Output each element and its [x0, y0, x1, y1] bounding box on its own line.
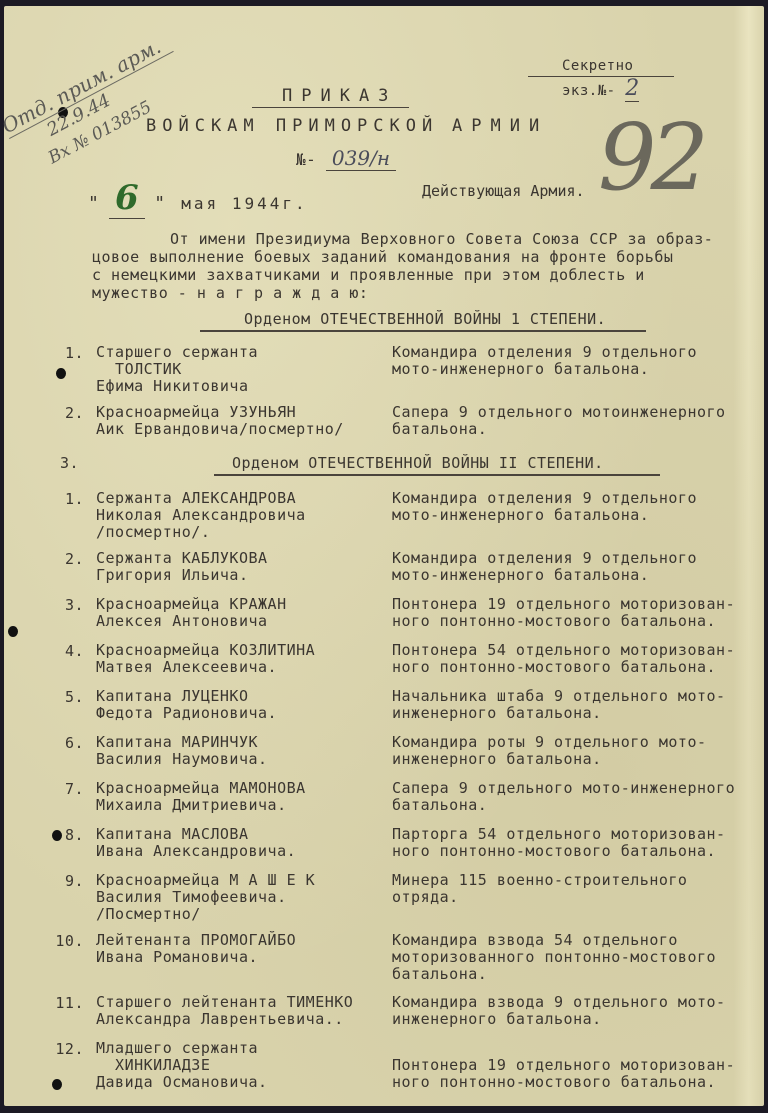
recipient-role-line: Минера 115 военно-строительного [392, 872, 687, 889]
recipient-role-line: мото-инженерного батальона. [392, 567, 697, 584]
recipient-name: Старшего сержанта ТОЛСТИКЕфима Никитович… [96, 344, 258, 395]
recipient-role-line: Понтонера 19 отдельного моторизован- [392, 596, 735, 613]
recipient-role: Командира отделения 9 отдельногомото-инж… [392, 550, 697, 584]
recipient-role-line: мото-инженерного батальона. [392, 361, 697, 378]
recipient-role: Понтонера 19 отдельного моторизован-ного… [392, 596, 735, 630]
entry-number: 1. [44, 490, 84, 508]
recipient-role-line: ного понтонно-мостового батальона. [392, 1074, 735, 1091]
recipient-role-line: Командира роты 9 отдельного мото- [392, 734, 707, 751]
recipient-role-line: ного понтонно-мостового батальона. [392, 659, 735, 676]
recipient-name-line: Красноармейца КОЗЛИТИНА [96, 642, 315, 659]
entry-number: 1. [44, 344, 84, 362]
recipient-role: Парторга 54 отдельного моторизован-ного … [392, 826, 726, 860]
section-number: 3. [60, 454, 79, 472]
date-rest: мая 1944г. [181, 194, 307, 213]
recipient-role-line: Командира отделения 9 отдельного [392, 550, 697, 567]
handwritten-mark: 92 [598, 104, 703, 211]
recipient-role: Начальника штаба 9 отдельного мото-инжен… [392, 688, 726, 722]
entry-number: 12. [44, 1040, 84, 1058]
punch-hole [52, 1079, 62, 1090]
recipient-name-line: Ивана Романовича. [96, 949, 296, 966]
date-close-quote: " [154, 193, 165, 214]
recipient-role-line: инженерного батальона. [392, 705, 726, 722]
entry-number: 6. [44, 734, 84, 752]
recipient-role: Сапера 9 отдельного мото-инженерногобата… [392, 780, 735, 814]
preamble-line: От имени Президиума Верховного Совета Со… [170, 230, 713, 248]
recipient-role-line: моторизованного понтонно-мостового [392, 949, 716, 966]
recipient-name-line: /посмертно/. [96, 524, 306, 541]
entry-number: 9. [44, 872, 84, 890]
recipient-role-line: инженерного батальона. [392, 1011, 726, 1028]
copy-label: экз.№- [562, 83, 616, 99]
place-label: Действующая Армия. [422, 182, 585, 200]
document-title: ПРИКАЗ [252, 86, 409, 108]
recipient-role-line [392, 1040, 735, 1057]
recipient-role-line: ного понтонно-мостового батальона. [392, 613, 735, 630]
entry-number: 5. [44, 688, 84, 706]
recipient-name-line: /Посмертно/ [96, 906, 315, 923]
recipient-name-line: Василия Тимофеевича. [96, 889, 315, 906]
document-page: Отд. прим. арм. 22.9.44 Вх № 013855 Секр… [4, 6, 764, 1106]
recipient-name-line: Старшего лейтенанта ТИМЕНКО [96, 994, 353, 1011]
recipient-name-line: Аик Ервандовича/посмертно/ [96, 421, 344, 438]
recipient-role-line: Парторга 54 отдельного моторизован- [392, 826, 726, 843]
preamble-line: цовое выполнение боевых заданий командов… [92, 248, 673, 266]
recipient-name: Младшего сержанта ХИНКИЛАДЗЕДавида Осман… [96, 1040, 268, 1091]
preamble-line: мужество - н а г р а ж д а ю: [92, 284, 368, 302]
recipient-name-line: Алексея Антоновича [96, 613, 287, 630]
recipient-role-line: батальона. [392, 421, 726, 438]
recipient-role: Командира взвода 9 отдельного мото-инжен… [392, 994, 726, 1028]
punch-hole [56, 368, 66, 379]
recipient-name-line: Красноармейца КРАЖАН [96, 596, 287, 613]
recipient-name-line: Младшего сержанта [96, 1040, 268, 1057]
recipient-role: Понтонера 54 отдельного моторизован-ного… [392, 642, 735, 676]
recipient-name-line: Давида Османовича. [96, 1074, 268, 1091]
order-number-prefix: №- [296, 150, 316, 169]
recipient-name-line: Ивана Александровича. [96, 843, 296, 860]
copy-number: 2 [625, 76, 639, 102]
recipient-name: Красноармейца КОЗЛИТИНАМатвея Алексеевич… [96, 642, 315, 676]
recipient-role-line: ного понтонно-мостового батальона. [392, 843, 726, 860]
preamble-line: с немецкими захватчиками и проявленные п… [92, 266, 645, 284]
entry-number: 10. [44, 932, 84, 950]
entry-number: 4. [44, 642, 84, 660]
recipient-role-line: Командира взвода 9 отдельного мото- [392, 994, 726, 1011]
order-number: 039/н [326, 146, 396, 171]
recipient-name-line: Николая Александровича [96, 507, 306, 524]
recipient-name: Красноармейца МАМОНОВАМихаила Дмитриевич… [96, 780, 306, 814]
recipient-role-line: Командира взвода 54 отдельного [392, 932, 716, 949]
entry-number: 11. [44, 994, 84, 1012]
recipient-name-line: Красноармейца М А Ш Е К [96, 872, 315, 889]
document-subtitle-right: АРМИИ [452, 116, 548, 136]
recipient-role-line: Понтонера 54 отдельного моторизован- [392, 642, 735, 659]
recipient-name-line: Василия Наумовича. [96, 751, 268, 768]
recipient-role: Командира отделения 9 отдельногомото-инж… [392, 490, 697, 524]
date-day: 6 [109, 178, 145, 219]
recipient-name-line: Григория Ильича. [96, 567, 268, 584]
entry-number: 2. [44, 404, 84, 422]
entry-number: 2. [44, 550, 84, 568]
recipient-name-line: ХИНКИЛАДЗЕ [96, 1057, 268, 1074]
recipient-name: Красноармейца М А Ш Е КВасилия Тимофееви… [96, 872, 315, 923]
recipient-name: Красноармейца КРАЖАНАлексея Антоновича [96, 596, 287, 630]
recipient-role: Командира взвода 54 отдельногомоторизова… [392, 932, 716, 983]
section-title-order-2nd-class: Орденом ОТЕЧЕСТВЕННОЙ ВОЙНЫ II СТЕПЕНИ. [232, 454, 604, 472]
recipient-name-line: Сержанта АЛЕКСАНДРОВА [96, 490, 306, 507]
recipient-role-line: батальона. [392, 966, 716, 983]
recipient-role-line: Командира отделения 9 отдельного [392, 490, 697, 507]
copy-number-row: экз.№- 2 [562, 76, 639, 101]
recipient-role-line: Сапера 9 отдельного мото-инженерного [392, 780, 735, 797]
recipient-name-line: Александра Лаврентьевича.. [96, 1011, 353, 1028]
section-title-order-1st-class: Орденом ОТЕЧЕСТВЕННОЙ ВОЙНЫ 1 СТЕПЕНИ. [244, 310, 606, 328]
recipient-name: Лейтенанта ПРОМОГАЙБОИвана Романовича. [96, 932, 296, 966]
recipient-role-line: Начальника штаба 9 отдельного мото- [392, 688, 726, 705]
recipient-name-line: Капитана МАСЛОВА [96, 826, 296, 843]
document-subtitle-left: ВОЙСКАМ ПРИМОРСКОЙ [146, 116, 438, 136]
recipient-role-line: Понтонера 19 отдельного моторизован- [392, 1057, 735, 1074]
recipient-name-line: Красноармейца УЗУНЬЯН [96, 404, 344, 421]
recipient-name: Сержанта КАБЛУКОВАГригория Ильича. [96, 550, 268, 584]
recipient-role: Командира отделения 9 отдельногомото-инж… [392, 344, 697, 378]
recipient-role: Понтонера 19 отдельного моторизован-ного… [392, 1040, 735, 1091]
recipient-name-line: Красноармейца МАМОНОВА [96, 780, 306, 797]
entry-number: 7. [44, 780, 84, 798]
entry-number: 3. [44, 596, 84, 614]
recipient-role-line: отряда. [392, 889, 687, 906]
recipient-role: Минера 115 военно-строительногоотряда. [392, 872, 687, 906]
recipient-name-line: Федота Радионовича. [96, 705, 277, 722]
section-rule [214, 474, 660, 476]
recipient-name-line: ТОЛСТИК [96, 361, 258, 378]
order-number-row: №- 039/н [296, 146, 396, 170]
recipient-name: Сержанта АЛЕКСАНДРОВАНиколая Александров… [96, 490, 306, 541]
classification-label: Секретно [562, 58, 633, 74]
recipient-role: Командира роты 9 отдельного мото-инженер… [392, 734, 707, 768]
date-open-quote: " [88, 193, 99, 214]
recipient-role-line: Командира отделения 9 отдельного [392, 344, 697, 361]
recipient-role: Сапера 9 отдельного мотоинженерногобатал… [392, 404, 726, 438]
section-rule [200, 330, 646, 332]
recipient-name-line: Ефима Никитовича [96, 378, 258, 395]
recipient-name: Капитана ЛУЦЕНКОФедота Радионовича. [96, 688, 277, 722]
recipient-role-line: инженерного батальона. [392, 751, 707, 768]
registration-annotation: Отд. прим. арм. 22.9.44 Вх № 013855 [0, 0, 200, 189]
punch-hole [8, 626, 18, 637]
recipient-name: Капитана МАСЛОВАИвана Александровича. [96, 826, 296, 860]
recipient-name-line: Лейтенанта ПРОМОГАЙБО [96, 932, 296, 949]
recipient-role-line: Сапера 9 отдельного мотоинженерного [392, 404, 726, 421]
recipient-name-line: Сержанта КАБЛУКОВА [96, 550, 268, 567]
recipient-name: Старшего лейтенанта ТИМЕНКОАлександра Ла… [96, 994, 353, 1028]
recipient-name-line: Капитана МАРИНЧУК [96, 734, 268, 751]
recipient-name: Капитана МАРИНЧУКВасилия Наумовича. [96, 734, 268, 768]
recipient-name-line: Капитана ЛУЦЕНКО [96, 688, 277, 705]
recipient-name-line: Матвея Алексеевича. [96, 659, 315, 676]
entry-number: 8. [44, 826, 84, 844]
recipient-role-line: батальона. [392, 797, 735, 814]
order-date-row: " 6 " мая 1944г. [88, 178, 308, 218]
recipient-name-line: Михаила Дмитриевича. [96, 797, 306, 814]
recipient-name: Красноармейца УЗУНЬЯНАик Ервандовича/пос… [96, 404, 344, 438]
recipient-role-line: мото-инженерного батальона. [392, 507, 697, 524]
recipient-name-line: Старшего сержанта [96, 344, 258, 361]
